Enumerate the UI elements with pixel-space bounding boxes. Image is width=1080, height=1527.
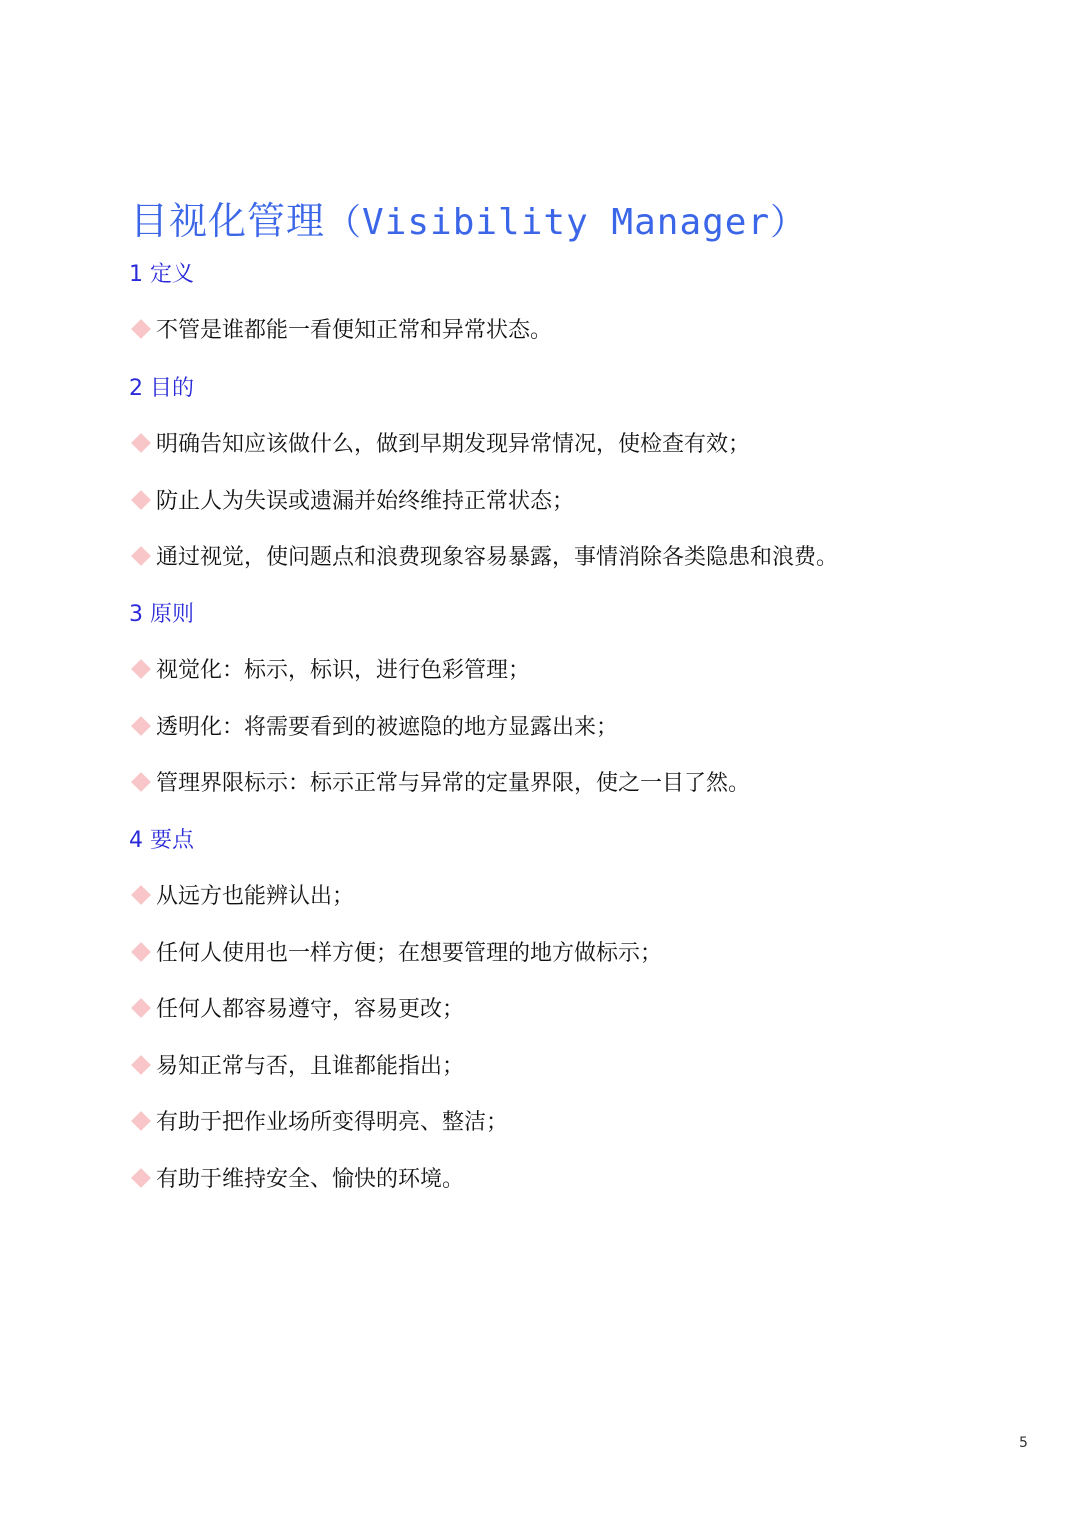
list-item: 有助于把作业场所变得明亮、整洁； (129, 1105, 508, 1136)
list-item: 任何人使用也一样方便；在想要管理的地方做标示； (129, 936, 662, 967)
list-item: 不管是谁都能一看便知正常和异常状态。 (129, 313, 552, 344)
diamond-bullet-icon (131, 1168, 151, 1188)
section-heading-purpose: 2 目的 (129, 371, 194, 402)
diamond-bullet-icon (131, 490, 151, 510)
diamond-bullet-icon (131, 885, 151, 905)
list-item: 管理界限标示：标示正常与异常的定量界限，使之一目了然。 (129, 766, 750, 797)
section-heading-key-points: 4 要点 (129, 823, 194, 854)
list-item: 透明化：将需要看到的被遮隐的地方显露出来； (129, 710, 618, 741)
page-title: 目视化管理（Visibility Manager） (130, 190, 807, 245)
list-item: 视觉化：标示，标识，进行色彩管理； (129, 653, 530, 684)
diamond-bullet-icon (131, 319, 151, 339)
diamond-bullet-icon (131, 716, 151, 736)
title-cjk: 目视化管理 (130, 199, 325, 243)
list-item: 防止人为失误或遗漏并始终维持正常状态； (129, 484, 574, 515)
diamond-bullet-icon (131, 1055, 151, 1075)
diamond-bullet-icon (131, 659, 151, 679)
section-heading-definition: 1 定义 (129, 257, 194, 288)
list-item: 易知正常与否，且谁都能指出； (129, 1049, 464, 1080)
diamond-bullet-icon (131, 1111, 151, 1131)
diamond-bullet-icon (131, 433, 151, 453)
diamond-bullet-icon (131, 998, 151, 1018)
title-latin: （Visibility Manager） (325, 202, 807, 243)
list-item: 有助于维持安全、愉快的环境。 (129, 1162, 464, 1193)
diamond-bullet-icon (131, 772, 151, 792)
diamond-bullet-icon (131, 546, 151, 566)
page-number: 5 (1019, 1435, 1028, 1451)
list-item: 通过视觉，使问题点和浪费现象容易暴露，事情消除各类隐患和浪费。 (129, 540, 838, 571)
section-heading-principles: 3 原则 (129, 597, 194, 628)
list-item: 从远方也能辨认出； (129, 879, 354, 910)
diamond-bullet-icon (131, 942, 151, 962)
list-item: 任何人都容易遵守，容易更改； (129, 992, 464, 1023)
list-item: 明确告知应该做什么，做到早期发现异常情况，使检查有效； (129, 427, 750, 458)
